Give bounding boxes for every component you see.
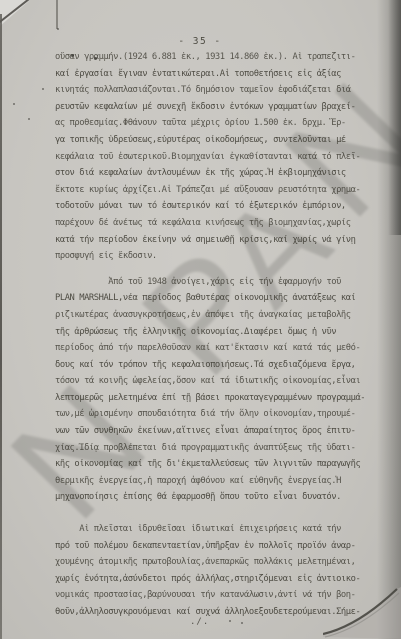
text-line: ρευστῶν κεφαλαίων μέ συνεχῆ ἔκδοσιν ἐντό… <box>55 99 391 116</box>
text-line: πρό τοῦ πολέμου δεκαπενταετίαν,ὑπῆρξαν ἐ… <box>55 538 391 555</box>
document-body: οὔσαν γραμμήν.(1924 6.881 ἑκ., 1931 14.8… <box>55 49 391 621</box>
text-line: χίας.Ἰδίᾳ προβλέπεται διά προγραμματικῆς… <box>55 440 391 457</box>
text-line: κῆς οἰκονομίας καί τῆς δι'ἐκμεταλλεύσεως… <box>55 456 391 473</box>
text-line: κατά τήν περίοδον ἐκείνην νά σημειωθῇ κρ… <box>55 232 391 249</box>
text-line: τόσον τά κοινῆς ὠφελείας,ὅσον καί τά ἰδι… <box>55 373 391 390</box>
text-line: μηχανοποίησις ἐπίσης θά ἐφαρμοσθῇ ὅπου τ… <box>55 489 391 506</box>
scan-speck <box>42 88 44 90</box>
scan-speck <box>229 620 231 622</box>
text-line: κινητάς πολλαπλασιάζονται.Τό δημόσιον τα… <box>55 82 391 99</box>
text-line: ἔκτοτε κυρίως ἀρχίζει.Αἱ Τράπεζαι μέ αὔξ… <box>55 182 391 199</box>
text-line: νων τῶν συνθηκῶν ἐκείνων,αἵτινες εἶναι ἀ… <box>55 423 391 440</box>
text-line: γα τοπικῆς ὑδρεύσεως,εὐρυτέρας οἰκοδομήσ… <box>55 132 391 149</box>
text-line: καί ἐργασίαι ἔγιναν ἐντατικώτεραι.Αἱ τοπ… <box>55 66 391 83</box>
text-line: ριζικωτέρας ἀνασυγκροτήσεως,ἐν ἀπόψει τῆ… <box>55 307 391 324</box>
paper-crease <box>56 0 58 29</box>
text-line: ας προθεσμίας.Φθάνουν ταῦτα μέχρις ὁρίου… <box>55 115 391 132</box>
scan-speck <box>28 118 30 120</box>
scan-speck <box>71 54 74 57</box>
scan-speck <box>13 103 15 105</box>
text-line: παρέχουν δέ ἀνέτως τά κεφάλαια κινήσεως … <box>55 215 391 232</box>
scan-speck <box>94 57 97 60</box>
paragraph: οὔσαν γραμμήν.(1924 6.881 ἑκ., 1931 14.8… <box>55 49 391 265</box>
paragraph: Ἀπό τοῦ 1948 ἀνοίγει,χάρις εἰς τήν ἐφαρμ… <box>55 274 391 506</box>
text-line: τοδοτοῦν μόναι των τό ἐσωτερικόν καί τό … <box>55 198 391 215</box>
text-line: τῆς ἀρθρώσεως τῆς ἑλληνικῆς οἰκονομίας.Δ… <box>55 324 391 341</box>
scan-edge-right-top-shadow <box>388 0 401 235</box>
text-line: χουμένης ἀτομικῆς πρωτοβουλίας,ἀνεπαρκῶς… <box>55 554 391 571</box>
scanned-page: ΝΡΑΝ - 35 - οὔσαν γραμμήν.(1924 6.881 ἑκ… <box>0 0 401 639</box>
continuation-mark: ./. <box>190 617 209 627</box>
text-line: θερμικῆς ἐνεργείας,ἡ παροχή ἀφθόνου καί … <box>55 473 391 490</box>
scan-edge-left <box>0 14 2 639</box>
page-number: - 35 - <box>0 36 400 47</box>
text-line: περίοδος ἀπό τήν παρελθοῦσαν καί κατ'ἔκτ… <box>55 340 391 357</box>
page-corner-curl <box>323 587 401 639</box>
text-line: Ἀπό τοῦ 1948 ἀνοίγει,χάρις εἰς τήν ἐφαρμ… <box>55 274 391 291</box>
text-line: οὔσαν γραμμήν.(1924 6.881 ἑκ., 1931 14.8… <box>55 49 391 66</box>
scan-speck <box>57 28 59 30</box>
text-line: στον διά κεφαλαίων ἀντλουμένων ἐκ τῆς χώ… <box>55 165 391 182</box>
text-line: PLAN MARSHALL,νέα περίοδος βαθυτέρας οἰκ… <box>55 290 391 307</box>
text-line: λεπτομερῶς μελετημένα ἐπί τῇ βάσει προκα… <box>55 390 391 407</box>
text-line: χωρίς ἑνότητα,ἀσύνδετοι πρός ἀλλήλας,στη… <box>55 571 391 588</box>
text-line: δους καί τόν τρόπον τῆς κεφαλαιοποιήσεως… <box>55 357 391 374</box>
text-line: προσφυγή εἰς ἔκδοσιν. <box>55 248 391 265</box>
text-line: των,μέ ὡρισμένην σπουδαιότητα διά τήν ὅλ… <box>55 406 391 423</box>
text-line: κεφάλαια τοῦ ἐσωτερικοῦ.Βιομηχανίαι ἐγκα… <box>55 149 391 166</box>
scan-speck <box>241 622 243 624</box>
text-line: Αἱ πλεῖσται ἱδρυθεῖσαι ἰδιωτικαί ἐπιχειρ… <box>55 521 391 538</box>
page-corner-underlay <box>0 0 30 26</box>
